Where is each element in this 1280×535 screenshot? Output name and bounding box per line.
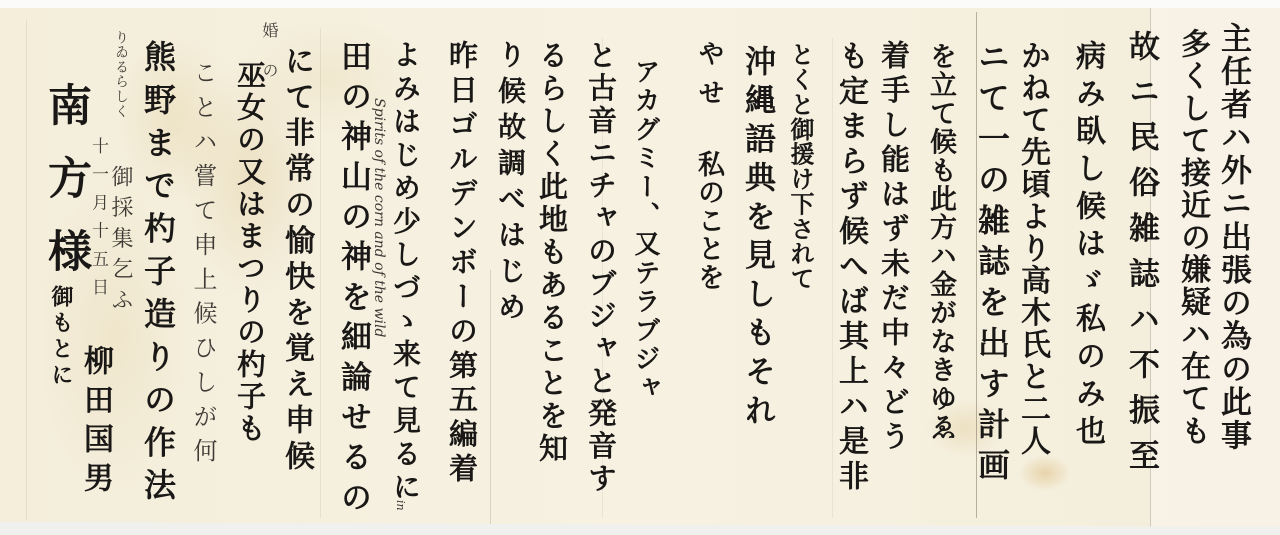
letter-column: 私のことを (690, 150, 722, 290)
letter-column: 昨日ゴルデンボーの第五編着 (442, 40, 476, 482)
letter-column: 故ニ民俗雑誌ハ不振至 (1120, 30, 1156, 470)
letter-column: アカグミー、又テラブジャ (627, 58, 658, 400)
letter-column: ニて一の雑誌を出す計画 (971, 40, 1008, 480)
fold-line (26, 20, 27, 520)
addressee-honorific: 御もとに (47, 285, 72, 385)
letter-column: 病み臥し候はゞ私のみ也 (1067, 40, 1102, 445)
letter-column: ことハ嘗て申上候ひしが何 (187, 60, 215, 462)
letter-column: かねて先頃より高木氏と二人 (1012, 40, 1047, 455)
english-annotation-tail: in (394, 500, 406, 520)
letter-column: り候故調べはじめ (491, 40, 524, 320)
letter-column: と古音ニチャのブジャと発音す (581, 40, 615, 492)
letter-column: 沖縄語典を見しもそれ (736, 45, 772, 425)
letter-column: を立て候も此方ハ金がなきゆゑ (922, 42, 954, 440)
addressee-name: 南方様 (37, 82, 87, 272)
letter-column: も定まらず候へば其上ハ是非 (830, 40, 865, 490)
scan-border-top (0, 0, 1280, 9)
letter-column: とくと御援け下されて (783, 42, 812, 290)
closing-line-1: りゐるらしく (112, 30, 128, 118)
letter-column: にて非常の愉快を覚え申候 (276, 45, 311, 470)
letter-column: 多くして接近の嫌疑ハ在ても (1172, 28, 1207, 445)
english-annotation: Spirits of the corn and of the wild (370, 98, 386, 503)
letter-column: 着手し能はず未だ中々どう (874, 40, 908, 450)
fold-line (320, 28, 321, 518)
letter-column: やせ (691, 40, 722, 105)
letter-column: 熊野まで杓子造りの作法 (137, 40, 174, 500)
letter-column: 巫女の又はまつりの杓子も (230, 60, 264, 442)
letter-column: 主任者ハ外ニ出張の為の此事 (1212, 22, 1248, 450)
letter-column: よみはじめ少しづゝ来て見るに (387, 40, 419, 500)
closing-line-2: 御採集乞ふ (106, 165, 131, 310)
letter-column: るらしく此地もあることを知 (532, 40, 566, 462)
signature: 柳田国男 (75, 345, 110, 492)
letter-column: 田の神山の神を細論せるの (332, 40, 368, 512)
letter-scan: 主任者ハ外ニ出張の為の此事 多くして接近の嫌疑ハ在ても 故ニ民俗雑誌ハ不振至 病… (0, 0, 1280, 535)
